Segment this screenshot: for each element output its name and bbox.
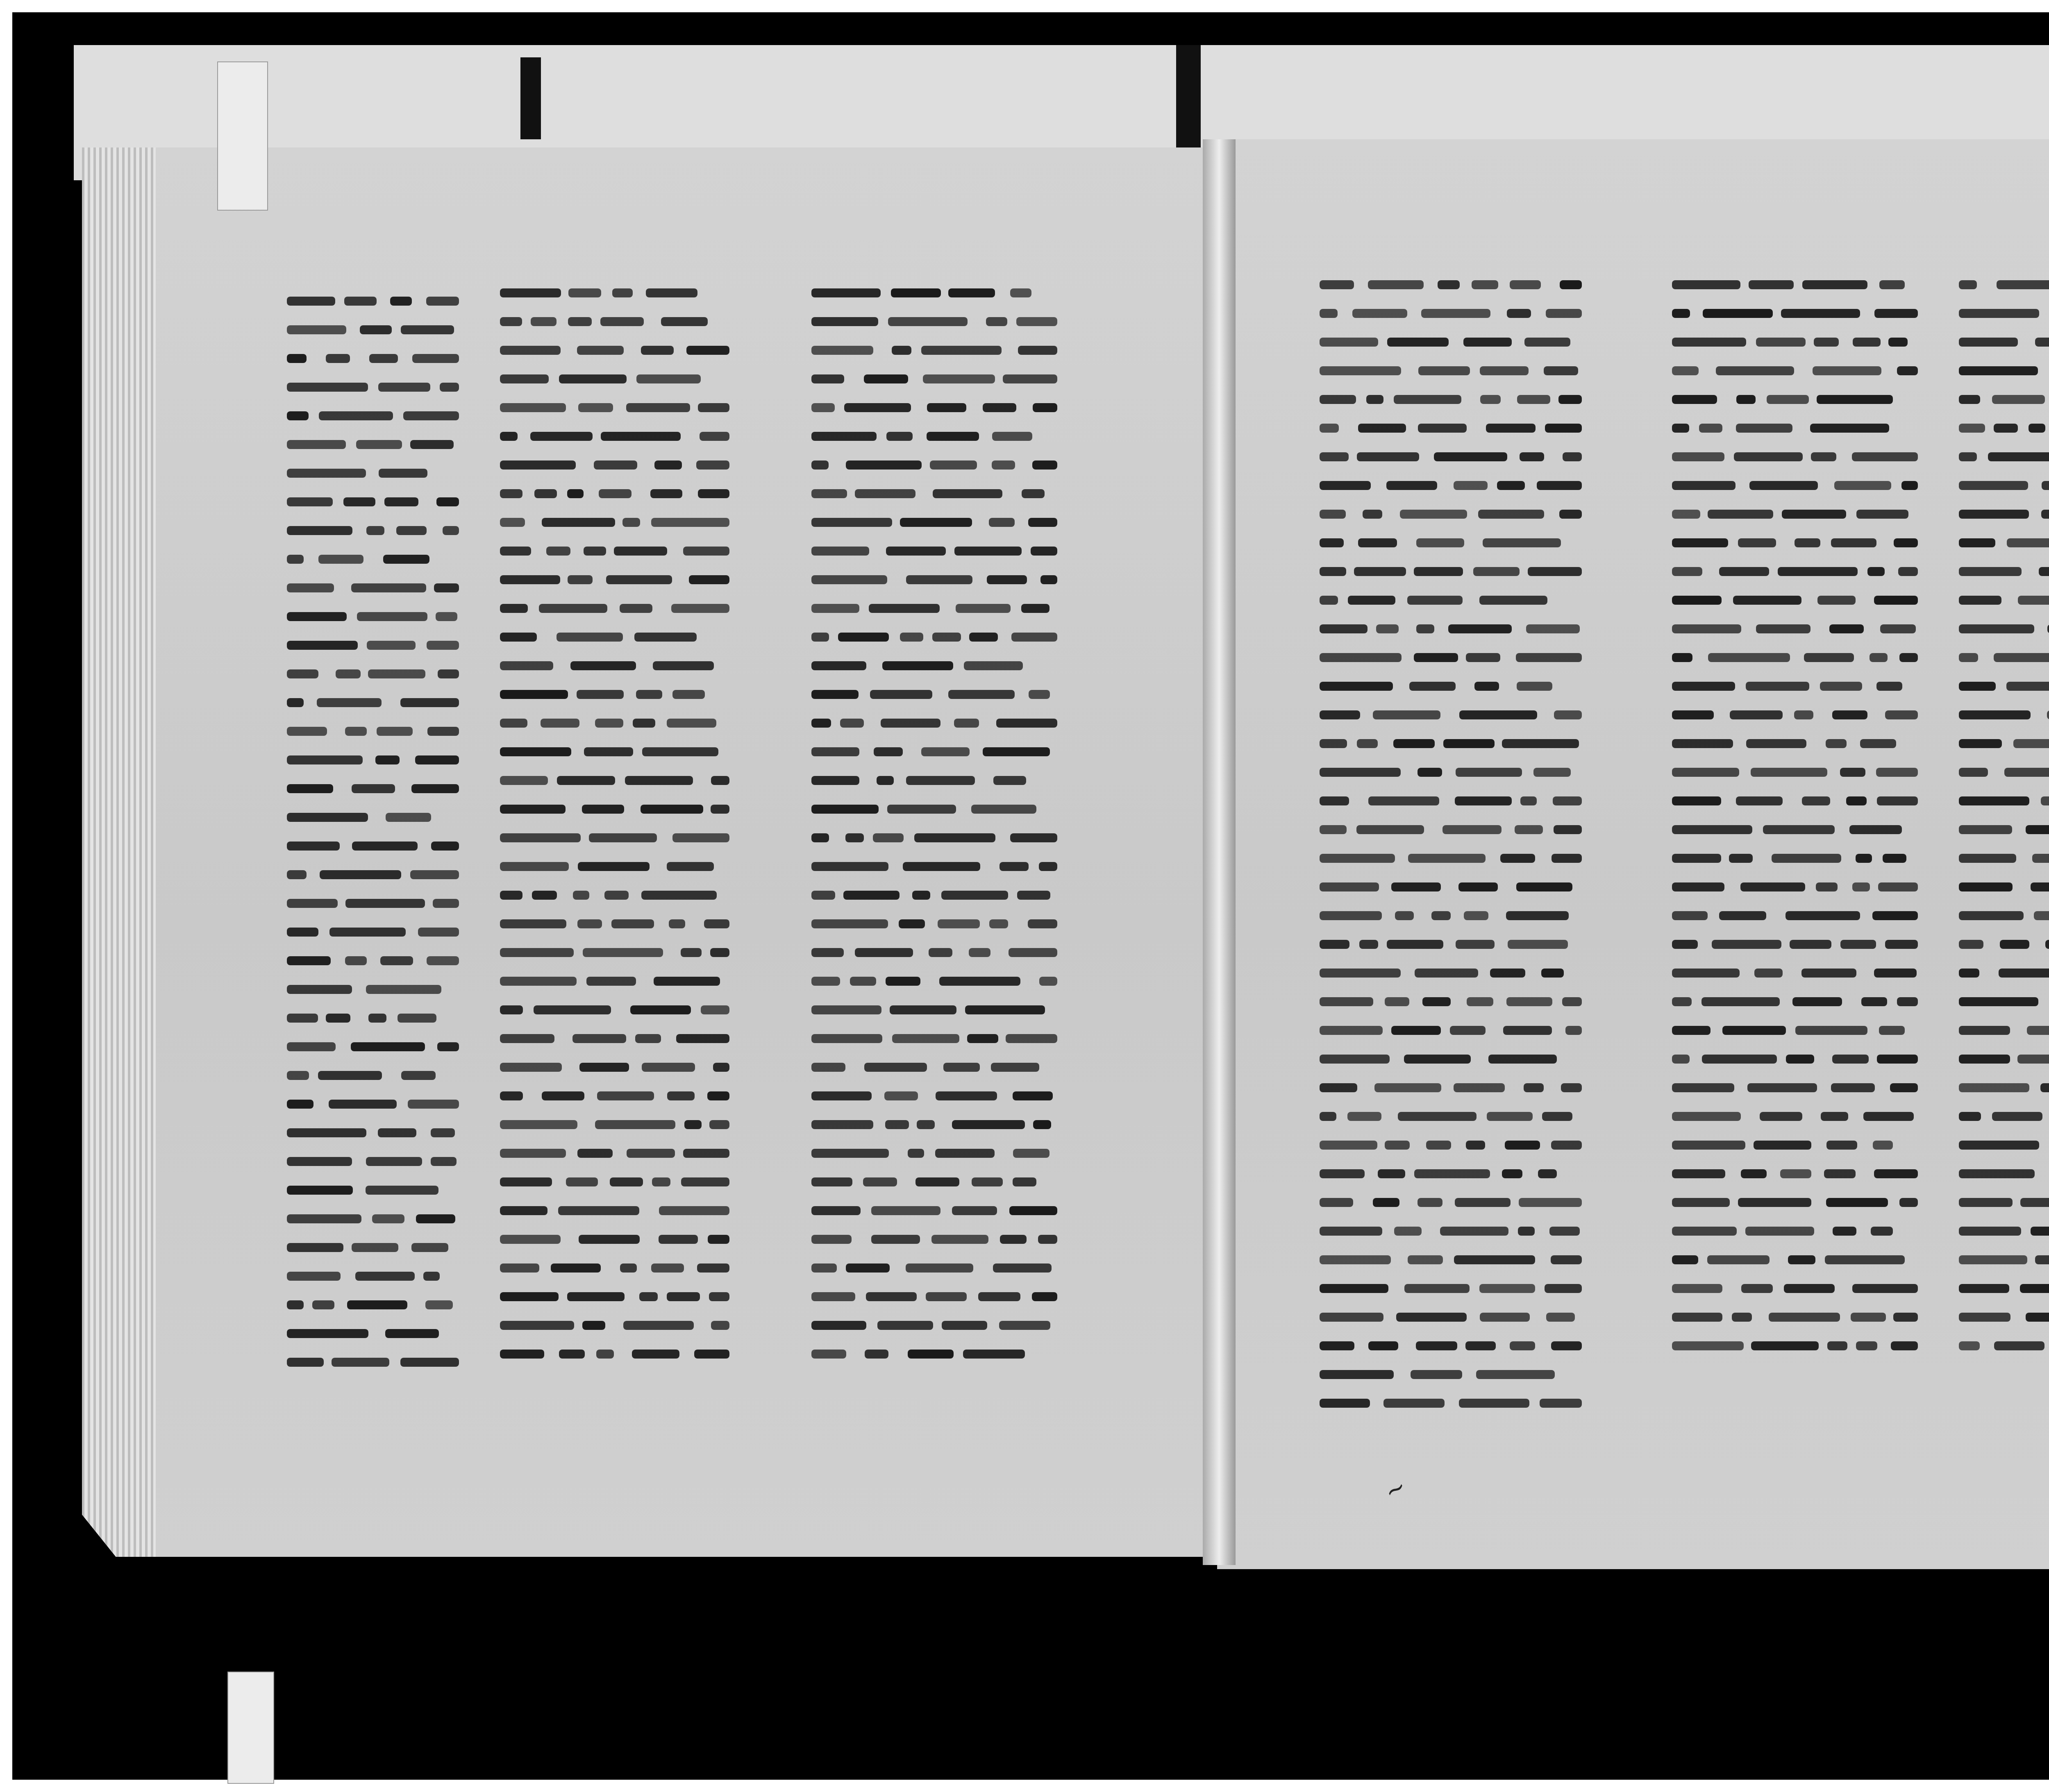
manuscript-line bbox=[1320, 1245, 1582, 1274]
manuscript-line bbox=[1672, 844, 1918, 873]
manuscript-line bbox=[811, 1139, 1057, 1168]
manuscript-line bbox=[1320, 500, 1582, 529]
manuscript-line bbox=[811, 1082, 1057, 1110]
manuscript-line bbox=[287, 975, 459, 1004]
manuscript-line bbox=[1959, 815, 2049, 844]
manuscript-line bbox=[811, 479, 1057, 508]
manuscript-line bbox=[811, 680, 1057, 709]
manuscript-line bbox=[1959, 959, 2049, 987]
manuscript-line bbox=[1959, 1073, 2049, 1102]
manuscript-line bbox=[1320, 442, 1582, 471]
manuscript-line bbox=[500, 1110, 729, 1139]
manuscript-line bbox=[811, 1225, 1057, 1254]
manuscript-line bbox=[1320, 1389, 1582, 1418]
manuscript-line bbox=[500, 938, 729, 967]
manuscript-line bbox=[811, 852, 1057, 881]
manuscript-line bbox=[811, 709, 1057, 737]
manuscript-line bbox=[287, 1118, 459, 1147]
manuscript-line bbox=[811, 1168, 1057, 1196]
manuscript-line bbox=[500, 594, 729, 623]
manuscript-line bbox=[1672, 787, 1918, 815]
manuscript-line bbox=[811, 537, 1057, 565]
manuscript-line bbox=[500, 651, 729, 680]
manuscript-line bbox=[1672, 729, 1918, 758]
manuscript-line bbox=[287, 774, 459, 803]
manuscript-line bbox=[1959, 844, 2049, 873]
manuscript-line bbox=[1672, 414, 1918, 442]
manuscript-line bbox=[1672, 1073, 1918, 1102]
manuscript-line bbox=[1672, 643, 1918, 672]
manuscript-line bbox=[500, 996, 729, 1024]
manuscript-line bbox=[1320, 643, 1582, 672]
manuscript-line bbox=[811, 279, 1057, 307]
manuscript-line bbox=[1672, 1332, 1918, 1360]
manuscript-line bbox=[1959, 1217, 2049, 1245]
manuscript-line bbox=[1959, 356, 2049, 385]
manuscript-line bbox=[500, 910, 729, 938]
manuscript-line bbox=[287, 1004, 459, 1032]
manuscript-line bbox=[1672, 1303, 1918, 1332]
manuscript-line bbox=[287, 459, 459, 488]
manuscript-line bbox=[287, 688, 459, 717]
manuscript-line bbox=[287, 430, 459, 459]
manuscript-line bbox=[500, 737, 729, 766]
manuscript-line bbox=[500, 967, 729, 996]
manuscript-line bbox=[500, 479, 729, 508]
manuscript-line bbox=[1672, 471, 1918, 500]
manuscript-line bbox=[287, 889, 459, 918]
manuscript-line bbox=[1959, 701, 2049, 729]
manuscript-line bbox=[287, 602, 459, 631]
manuscript-line bbox=[1320, 1016, 1582, 1045]
manuscript-line bbox=[500, 1254, 729, 1282]
right-page-column-2 bbox=[1672, 270, 1918, 1360]
manuscript-line bbox=[811, 1254, 1057, 1282]
manuscript-line bbox=[1959, 930, 2049, 959]
manuscript-line bbox=[1959, 1159, 2049, 1188]
manuscript-line bbox=[811, 1053, 1057, 1082]
manuscript-line bbox=[1320, 815, 1582, 844]
manuscript-line bbox=[1320, 901, 1582, 930]
manuscript-line bbox=[811, 451, 1057, 479]
manuscript-line bbox=[287, 373, 459, 401]
manuscript-line bbox=[500, 1168, 729, 1196]
manuscript-line bbox=[811, 365, 1057, 393]
manuscript-line bbox=[811, 823, 1057, 852]
manuscript-line bbox=[287, 660, 459, 688]
manuscript-line bbox=[1959, 729, 2049, 758]
manuscript-line bbox=[1672, 1274, 1918, 1303]
manuscript-line bbox=[500, 1082, 729, 1110]
manuscript-line bbox=[811, 651, 1057, 680]
manuscript-line bbox=[1672, 442, 1918, 471]
manuscript-line bbox=[1672, 1245, 1918, 1274]
manuscript-line bbox=[1959, 758, 2049, 787]
manuscript-line bbox=[1959, 873, 2049, 901]
manuscript-line bbox=[811, 508, 1057, 537]
manuscript-line bbox=[1672, 328, 1918, 356]
manuscript-line bbox=[287, 717, 459, 746]
manuscript-line bbox=[1320, 873, 1582, 901]
manuscript-line bbox=[811, 393, 1057, 422]
manuscript-line bbox=[1672, 385, 1918, 414]
manuscript-line bbox=[287, 574, 459, 602]
manuscript-line bbox=[1320, 987, 1582, 1016]
left-page-column-3 bbox=[811, 279, 1057, 1368]
manuscript-line bbox=[1320, 299, 1582, 328]
manuscript-line bbox=[811, 1311, 1057, 1340]
manuscript-line bbox=[1320, 1274, 1582, 1303]
manuscript-line bbox=[287, 803, 459, 832]
manuscript-line bbox=[1672, 901, 1918, 930]
manuscript-line bbox=[500, 365, 729, 393]
manuscript-line bbox=[500, 1053, 729, 1082]
manuscript-line bbox=[811, 1282, 1057, 1311]
manuscript-line bbox=[1320, 1332, 1582, 1360]
manuscript-line bbox=[287, 1291, 459, 1319]
manuscript-line bbox=[500, 881, 729, 910]
manuscript-line bbox=[1959, 270, 2049, 299]
manuscript-line bbox=[1320, 930, 1582, 959]
manuscript-line bbox=[811, 422, 1057, 451]
manuscript-line bbox=[1320, 1045, 1582, 1073]
manuscript-line bbox=[811, 1110, 1057, 1139]
manuscript-line bbox=[1320, 758, 1582, 787]
bottom-clip-icon bbox=[227, 1672, 274, 1784]
manuscript-line bbox=[1320, 1303, 1582, 1332]
manuscript-line bbox=[1959, 1131, 2049, 1159]
manuscript-line bbox=[1672, 1188, 1918, 1217]
manuscript-line bbox=[1320, 672, 1582, 701]
manuscript-line bbox=[1959, 328, 2049, 356]
manuscript-line bbox=[1959, 615, 2049, 643]
manuscript-line bbox=[811, 996, 1057, 1024]
manuscript-line bbox=[1672, 1045, 1918, 1073]
manuscript-line bbox=[287, 832, 459, 860]
manuscript-line bbox=[1672, 270, 1918, 299]
manuscript-line bbox=[1672, 1016, 1918, 1045]
left-page-fore-edge bbox=[82, 147, 156, 1557]
manuscript-line bbox=[287, 1204, 459, 1233]
manuscript-line bbox=[1672, 930, 1918, 959]
manuscript-line bbox=[1672, 356, 1918, 385]
manuscript-line bbox=[811, 910, 1057, 938]
manuscript-line bbox=[287, 1032, 459, 1061]
manuscript-line bbox=[1959, 1188, 2049, 1217]
manuscript-line bbox=[1672, 1217, 1918, 1245]
manuscript-line bbox=[1672, 987, 1918, 1016]
manuscript-line bbox=[1959, 557, 2049, 586]
manuscript-line bbox=[1672, 815, 1918, 844]
manuscript-line bbox=[500, 451, 729, 479]
manuscript-line bbox=[811, 1024, 1057, 1053]
manuscript-line bbox=[287, 1061, 459, 1090]
manuscript-line bbox=[1672, 1102, 1918, 1131]
manuscript-line bbox=[1320, 701, 1582, 729]
manuscript-line bbox=[1320, 270, 1582, 299]
clothespin-clip-icon bbox=[217, 61, 268, 211]
manuscript-line bbox=[500, 823, 729, 852]
manuscript-line bbox=[500, 393, 729, 422]
manuscript-line bbox=[287, 287, 459, 315]
manuscript-line bbox=[1320, 1131, 1582, 1159]
manuscript-line bbox=[811, 881, 1057, 910]
manuscript-line bbox=[500, 852, 729, 881]
manuscript-line bbox=[1320, 385, 1582, 414]
manuscript-line bbox=[811, 307, 1057, 336]
manuscript-line bbox=[500, 1024, 729, 1053]
manuscript-line bbox=[1320, 471, 1582, 500]
manuscript-line bbox=[1320, 557, 1582, 586]
manuscript-line bbox=[811, 938, 1057, 967]
manuscript-line bbox=[500, 279, 729, 307]
manuscript-line bbox=[1320, 328, 1582, 356]
manuscript-line bbox=[1320, 844, 1582, 873]
manuscript-line bbox=[1959, 442, 2049, 471]
right-page-column-3 bbox=[1959, 270, 2049, 1360]
manuscript-line bbox=[500, 307, 729, 336]
manuscript-line bbox=[1959, 385, 2049, 414]
manuscript-line bbox=[1320, 356, 1582, 385]
manuscript-line bbox=[1320, 1217, 1582, 1245]
manuscript-line bbox=[287, 344, 459, 373]
left-page-column-1 bbox=[287, 287, 459, 1377]
manuscript-line bbox=[1672, 959, 1918, 987]
manuscript-line bbox=[500, 1282, 729, 1311]
manuscript-line bbox=[811, 1340, 1057, 1368]
manuscript-line bbox=[1672, 529, 1918, 557]
manuscript-line bbox=[287, 1262, 459, 1291]
manuscript-line bbox=[1959, 1274, 2049, 1303]
manuscript-line bbox=[287, 315, 459, 344]
manuscript-line bbox=[287, 631, 459, 660]
manuscript-line bbox=[1320, 1188, 1582, 1217]
manuscript-line bbox=[1320, 586, 1582, 615]
manuscript-line bbox=[287, 1090, 459, 1118]
manuscript-line bbox=[500, 565, 729, 594]
manuscript-line bbox=[811, 594, 1057, 623]
manuscript-line bbox=[1959, 987, 2049, 1016]
manuscript-line bbox=[1320, 959, 1582, 987]
manuscript-line bbox=[500, 537, 729, 565]
manuscript-line bbox=[1672, 500, 1918, 529]
manuscript-line bbox=[1320, 414, 1582, 442]
manuscript-line bbox=[500, 709, 729, 737]
dark-strap-center bbox=[1176, 45, 1201, 152]
manuscript-line bbox=[500, 680, 729, 709]
manuscript-line bbox=[500, 508, 729, 537]
manuscript-line bbox=[1320, 1360, 1582, 1389]
manuscript-line bbox=[1959, 500, 2049, 529]
manuscript-line bbox=[811, 766, 1057, 795]
manuscript-line bbox=[287, 1147, 459, 1176]
manuscript-line bbox=[1672, 615, 1918, 643]
manuscript-line bbox=[1959, 901, 2049, 930]
manuscript-line bbox=[1672, 586, 1918, 615]
manuscript-line bbox=[811, 967, 1057, 996]
manuscript-line bbox=[500, 766, 729, 795]
manuscript-line bbox=[287, 946, 459, 975]
manuscript-line bbox=[1320, 615, 1582, 643]
manuscript-line bbox=[1959, 299, 2049, 328]
manuscript-line bbox=[287, 516, 459, 545]
manuscript-line bbox=[287, 918, 459, 946]
manuscript-line bbox=[1959, 1245, 2049, 1274]
manuscript-line bbox=[287, 488, 459, 516]
manuscript-line bbox=[500, 422, 729, 451]
manuscript-line bbox=[811, 737, 1057, 766]
manuscript-line bbox=[1959, 1045, 2049, 1073]
manuscript-line bbox=[500, 1196, 729, 1225]
manuscript-line bbox=[1959, 529, 2049, 557]
manuscript-line bbox=[1959, 1303, 2049, 1332]
manuscript-line bbox=[1959, 672, 2049, 701]
manuscript-line bbox=[1320, 529, 1582, 557]
manuscript-line bbox=[500, 795, 729, 823]
manuscript-line bbox=[1320, 787, 1582, 815]
manuscript-line bbox=[500, 623, 729, 651]
manuscript-line bbox=[1959, 787, 2049, 815]
manuscript-line bbox=[500, 1139, 729, 1168]
manuscript-line bbox=[500, 336, 729, 365]
manuscript-line bbox=[1320, 1073, 1582, 1102]
right-page-column-1 bbox=[1320, 270, 1582, 1418]
book-gutter bbox=[1203, 139, 1236, 1565]
manuscript-line bbox=[287, 746, 459, 774]
manuscript-line bbox=[811, 336, 1057, 365]
manuscript-line bbox=[1320, 729, 1582, 758]
manuscript-line bbox=[1959, 586, 2049, 615]
manuscript-line bbox=[500, 1340, 729, 1368]
manuscript-line bbox=[1959, 1332, 2049, 1360]
manuscript-line bbox=[1672, 1159, 1918, 1188]
manuscript-line bbox=[1672, 758, 1918, 787]
manuscript-line bbox=[1959, 1016, 2049, 1045]
manuscript-line bbox=[500, 1225, 729, 1254]
manuscript-line bbox=[287, 1176, 459, 1204]
manuscript-line bbox=[287, 1348, 459, 1377]
manuscript-line bbox=[811, 565, 1057, 594]
manuscript-line bbox=[1959, 414, 2049, 442]
manuscript-line bbox=[1672, 1131, 1918, 1159]
manuscript-line bbox=[1672, 701, 1918, 729]
left-page-column-2 bbox=[500, 279, 729, 1368]
dark-strap-left bbox=[520, 57, 541, 139]
manuscript-line bbox=[1672, 557, 1918, 586]
manuscript-line bbox=[1320, 1102, 1582, 1131]
manuscript-line bbox=[1672, 672, 1918, 701]
manuscript-line bbox=[500, 1311, 729, 1340]
manuscript-line bbox=[1959, 471, 2049, 500]
manuscript-line bbox=[287, 545, 459, 574]
manuscript-line bbox=[1959, 643, 2049, 672]
manuscript-line bbox=[287, 1319, 459, 1348]
manuscript-line bbox=[1672, 299, 1918, 328]
manuscript-line bbox=[811, 623, 1057, 651]
manuscript-line bbox=[1672, 873, 1918, 901]
manuscript-line bbox=[1959, 1102, 2049, 1131]
manuscript-line bbox=[287, 401, 459, 430]
manuscript-line bbox=[287, 860, 459, 889]
manuscript-line bbox=[1320, 1159, 1582, 1188]
manuscript-line bbox=[811, 795, 1057, 823]
manuscript-line bbox=[811, 1196, 1057, 1225]
manuscript-line bbox=[287, 1233, 459, 1262]
